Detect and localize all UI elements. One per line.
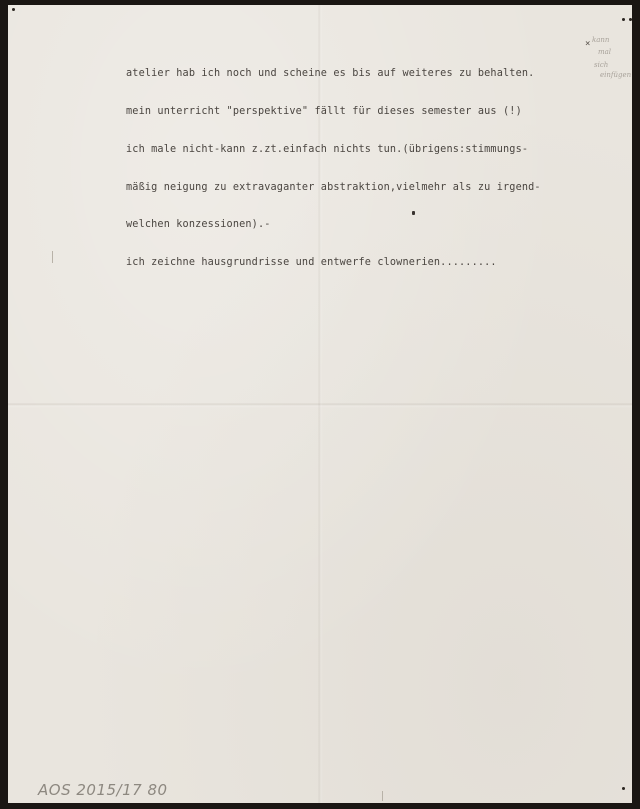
margin-mark: ×	[585, 39, 590, 49]
typed-line: atelier hab ich noch und scheine es bis …	[126, 68, 541, 81]
typed-line: ich zeichne hausgrundrisse und entwerfe …	[126, 257, 541, 270]
ink-speck	[412, 211, 415, 215]
pin-hole	[622, 787, 625, 790]
typed-line: mäßig neigung zu extravaganter abstrakti…	[126, 182, 541, 195]
typed-line: welchen konzessionen).-	[126, 219, 541, 232]
letter-page: atelier hab ich noch und scheine es bis …	[8, 5, 632, 803]
typed-line: ich male nicht-kann z.zt.einfach nichts …	[126, 144, 541, 157]
pin-hole	[629, 18, 632, 21]
pencil-tick	[52, 251, 53, 263]
margin-note-line: kann	[592, 36, 609, 45]
pin-hole	[12, 8, 15, 11]
margin-note-line: einfügen	[600, 71, 631, 80]
margin-note-line: sich	[594, 61, 608, 70]
archive-number: AOS 2015/17 80	[38, 781, 168, 799]
pencil-tick	[382, 791, 383, 801]
typed-text-block: atelier hab ich noch und scheine es bis …	[126, 43, 541, 295]
typed-line: mein unterricht "perspektive" fällt für …	[126, 106, 541, 119]
pin-hole	[622, 18, 625, 21]
margin-note-line: mal	[598, 48, 611, 57]
